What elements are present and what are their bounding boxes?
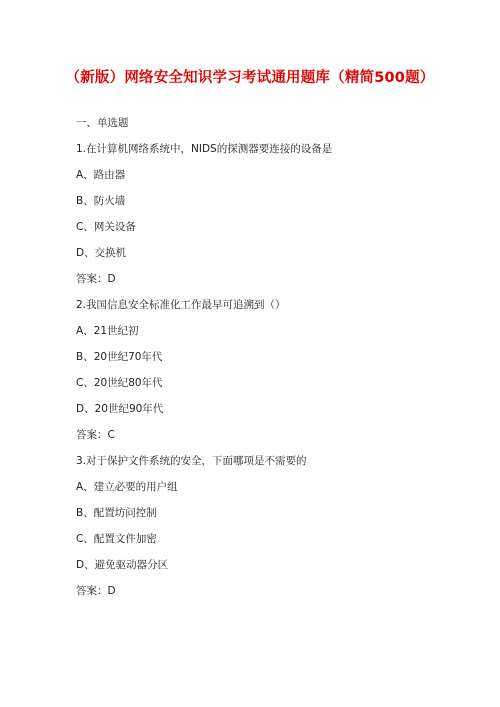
question-2-stem: 2.我国信息安全标准化工作最早可追溯到（） <box>76 298 286 312</box>
question-2-answer: 答案：C <box>76 428 115 442</box>
section-heading: 一、单选题 <box>76 116 129 130</box>
question-3-option-d: D、避免驱动器分区 <box>76 558 168 572</box>
question-1-option-d: D、交换机 <box>76 246 126 260</box>
question-2-option-d: D、20世纪90年代 <box>76 402 163 416</box>
question-3-option-b: B、配置坊问控制 <box>76 506 157 520</box>
question-1-stem: 1.在计算机网络系统中，NIDS的探测器要连接的设备是 <box>76 142 332 156</box>
question-1-option-b: B、防火墙 <box>76 194 125 208</box>
question-2-option-a: A、21世纪初 <box>76 324 139 338</box>
question-3-option-c: C、配置文件加密 <box>76 532 157 546</box>
question-3-answer: 答案：D <box>76 584 116 598</box>
question-2-option-c: C、20世纪80年代 <box>76 376 163 390</box>
question-1-option-a: A、路由器 <box>76 168 125 182</box>
question-2-option-b: B、20世纪70年代 <box>76 350 162 364</box>
question-3-option-a: A、建立必要的用户组 <box>76 480 178 494</box>
page-title: （新版）网络安全知识学习考试通用题库（精简500题） <box>0 66 500 87</box>
question-3-stem: 3.对于保护文件系统的安全，下面哪项是不需要的 <box>76 454 307 468</box>
question-1-answer: 答案：D <box>76 272 116 286</box>
question-1-option-c: C、网关设备 <box>76 220 136 234</box>
